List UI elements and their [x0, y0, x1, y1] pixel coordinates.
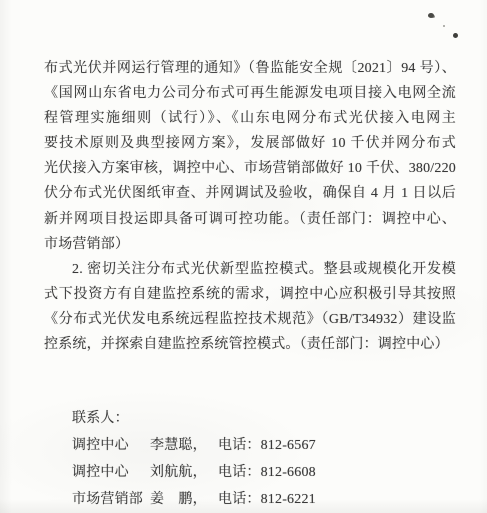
- document-body: 布式光伏并网运行管理的通知》（鲁监能安全规〔2021〕94 号）、 《国网山东省…: [44, 56, 456, 357]
- contact-name: 姜 鹏，: [150, 486, 218, 513]
- contact-dept: 调控中心: [72, 459, 150, 486]
- ink-speck: [443, 25, 445, 27]
- body-line: 布式光伏并网运行管理的通知》（鲁监能安全规〔2021〕94 号）、: [44, 56, 456, 81]
- body-line: 市场营销部）: [44, 232, 456, 257]
- contacts-block: 联系人： 调控中心 李慧聪， 电话：812-6567 调控中心 刘航航， 电话：…: [72, 405, 452, 513]
- body-line: 《分布式光伏发电系统远程监控技术规范》（GB/T34932）建设监: [44, 307, 456, 332]
- body-line: 2. 密切关注分布式光伏新型监控模式。整县或规模化开发模: [44, 257, 456, 282]
- body-line: 程管理实施细则（试行）》、《山东电网分布式光伏接入电网主: [44, 106, 456, 131]
- body-line: 《国网山东省电力公司分布式可再生能源发电项目接入电网全流: [44, 81, 456, 106]
- body-line: 伏分布式光伏图纸审查、并网调试及验收，确保自 4 月 1 日以后: [44, 181, 456, 206]
- body-line: 光伏接入方案审核，调控中心、市场营销部做好 10 千伏、380/220: [44, 156, 456, 181]
- contact-phone: 电话：812-6221: [218, 486, 316, 513]
- scanned-document-page: 布式光伏并网运行管理的通知》（鲁监能安全规〔2021〕94 号）、 《国网山东省…: [0, 0, 487, 513]
- body-line: 新并网项目投运即具备可调可控功能。（责任部门：调控中心、: [44, 207, 456, 232]
- contact-row: 市场营销部 姜 鹏， 电话：812-6221: [72, 486, 452, 513]
- contact-phone: 电话：812-6567: [218, 432, 316, 459]
- contacts-label: 联系人：: [72, 405, 452, 432]
- contact-dept: 调控中心: [72, 432, 150, 459]
- ink-speck: [453, 33, 458, 38]
- contact-phone: 电话：812-6608: [218, 459, 316, 486]
- contact-row: 调控中心 刘航航， 电话：812-6608: [72, 459, 452, 486]
- contact-row: 调控中心 李慧聪， 电话：812-6567: [72, 432, 452, 459]
- ink-speck: [428, 13, 434, 18]
- contact-name: 李慧聪，: [150, 432, 218, 459]
- contact-name: 刘航航，: [150, 459, 218, 486]
- body-line: 要技术原则及典型接网方案》，发展部做好 10 千伏并网分布式: [44, 131, 456, 156]
- body-line: 控系统，并探索自建监控系统管控模式。（责任部门：调控中心）: [44, 332, 456, 357]
- contact-dept: 市场营销部: [72, 486, 150, 513]
- body-line: 式下投资方有自建监控系统的需求，调控中心应积极引导其按照: [44, 282, 456, 307]
